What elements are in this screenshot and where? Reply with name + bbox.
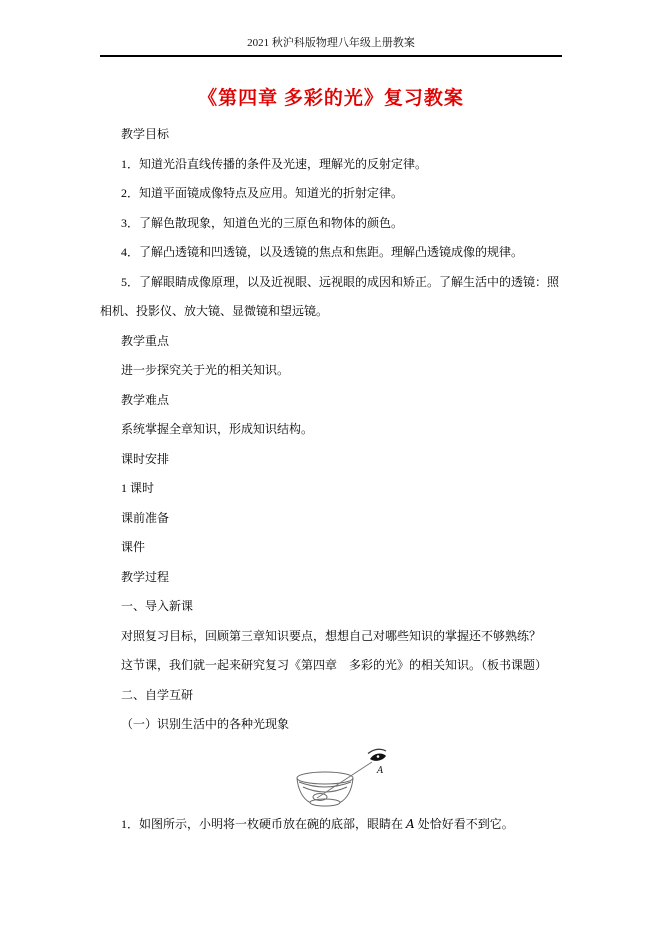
body-paragraph: 相机、投影仪、放大镜、显微镜和望远镜。 xyxy=(100,297,562,327)
body-paragraph: 对照复习目标，回顾第三章知识要点，想想自己对哪些知识的掌握还不够熟练？ xyxy=(100,622,562,652)
body-paragraph: 4．了解凸透镜和凹透镜，以及透镜的焦点和焦距。理解凸透镜成像的规律。 xyxy=(100,238,562,268)
body-paragraph: 课时安排 xyxy=(100,445,562,475)
body-paragraph: 二、自学互研 xyxy=(100,681,562,711)
caption-variable: A xyxy=(406,817,415,831)
document-body: 教学目标1．知道光沿直线传播的条件及光速，理解光的反射定律。2．知道平面镜成像特… xyxy=(100,120,562,839)
body-paragraph: 课件 xyxy=(100,533,562,563)
sight-line xyxy=(317,762,372,798)
body-paragraph: 教学难点 xyxy=(100,386,562,416)
body-paragraph: 教学重点 xyxy=(100,327,562,357)
caption-suffix: 处恰好看不到它。 xyxy=(415,817,514,831)
bowl-coin-eye-illustration: A xyxy=(278,740,468,810)
page-header: 2021 秋沪科版物理八年级上册教案 xyxy=(100,36,562,57)
caption-prefix: 1．如图所示，小明将一枚硬币放在碗的底部，眼睛在 xyxy=(121,817,406,831)
body-paragraph: 系统掌握全章知识，形成知识结构。 xyxy=(100,415,562,445)
body-paragraph: 课前准备 xyxy=(100,504,562,534)
body-paragraph: 1．知道光沿直线传播的条件及光速，理解光的反射定律。 xyxy=(100,150,562,180)
body-paragraph: 进一步探究关于光的相关知识。 xyxy=(100,356,562,386)
bowl-icon xyxy=(297,772,353,806)
paragraph-list: 教学目标1．知道光沿直线传播的条件及光速，理解光的反射定律。2．知道平面镜成像特… xyxy=(100,120,562,740)
body-paragraph: 2．知道平面镜成像特点及应用。知道光的折射定律。 xyxy=(100,179,562,209)
figure-point-label: A xyxy=(376,766,384,776)
body-paragraph: 教学过程 xyxy=(100,563,562,593)
body-paragraph: 一、导入新课 xyxy=(100,592,562,622)
header-text: 2021 秋沪科版物理八年级上册教案 xyxy=(247,37,415,49)
body-paragraph: 1 课时 xyxy=(100,474,562,504)
page-title: 《第四章 多彩的光》复习教案 xyxy=(100,86,562,112)
body-paragraph: 5．了解眼睛成像原理，以及近视眼、远视眼的成因和矫正。了解生活中的透镜：照 xyxy=(100,268,562,298)
body-paragraph: （一）识别生活中的各种光现象 xyxy=(100,710,562,740)
body-paragraph: 这节课，我们就一起来研究复习《第四章 多彩的光》的相关知识。（板书课题） xyxy=(100,651,562,681)
body-paragraph: 教学目标 xyxy=(100,120,562,150)
figure-caption: 1．如图所示，小明将一枚硬币放在碗的底部，眼睛在 A 处恰好看不到它。 xyxy=(100,810,562,840)
body-paragraph: 3．了解色散现象，知道色光的三原色和物体的颜色。 xyxy=(100,209,562,239)
eye-icon xyxy=(368,749,386,761)
bowl-coin-figure: A xyxy=(100,740,562,810)
document-page: 2021 秋沪科版物理八年级上册教案 《第四章 多彩的光》复习教案 教学目标1．… xyxy=(0,0,658,932)
